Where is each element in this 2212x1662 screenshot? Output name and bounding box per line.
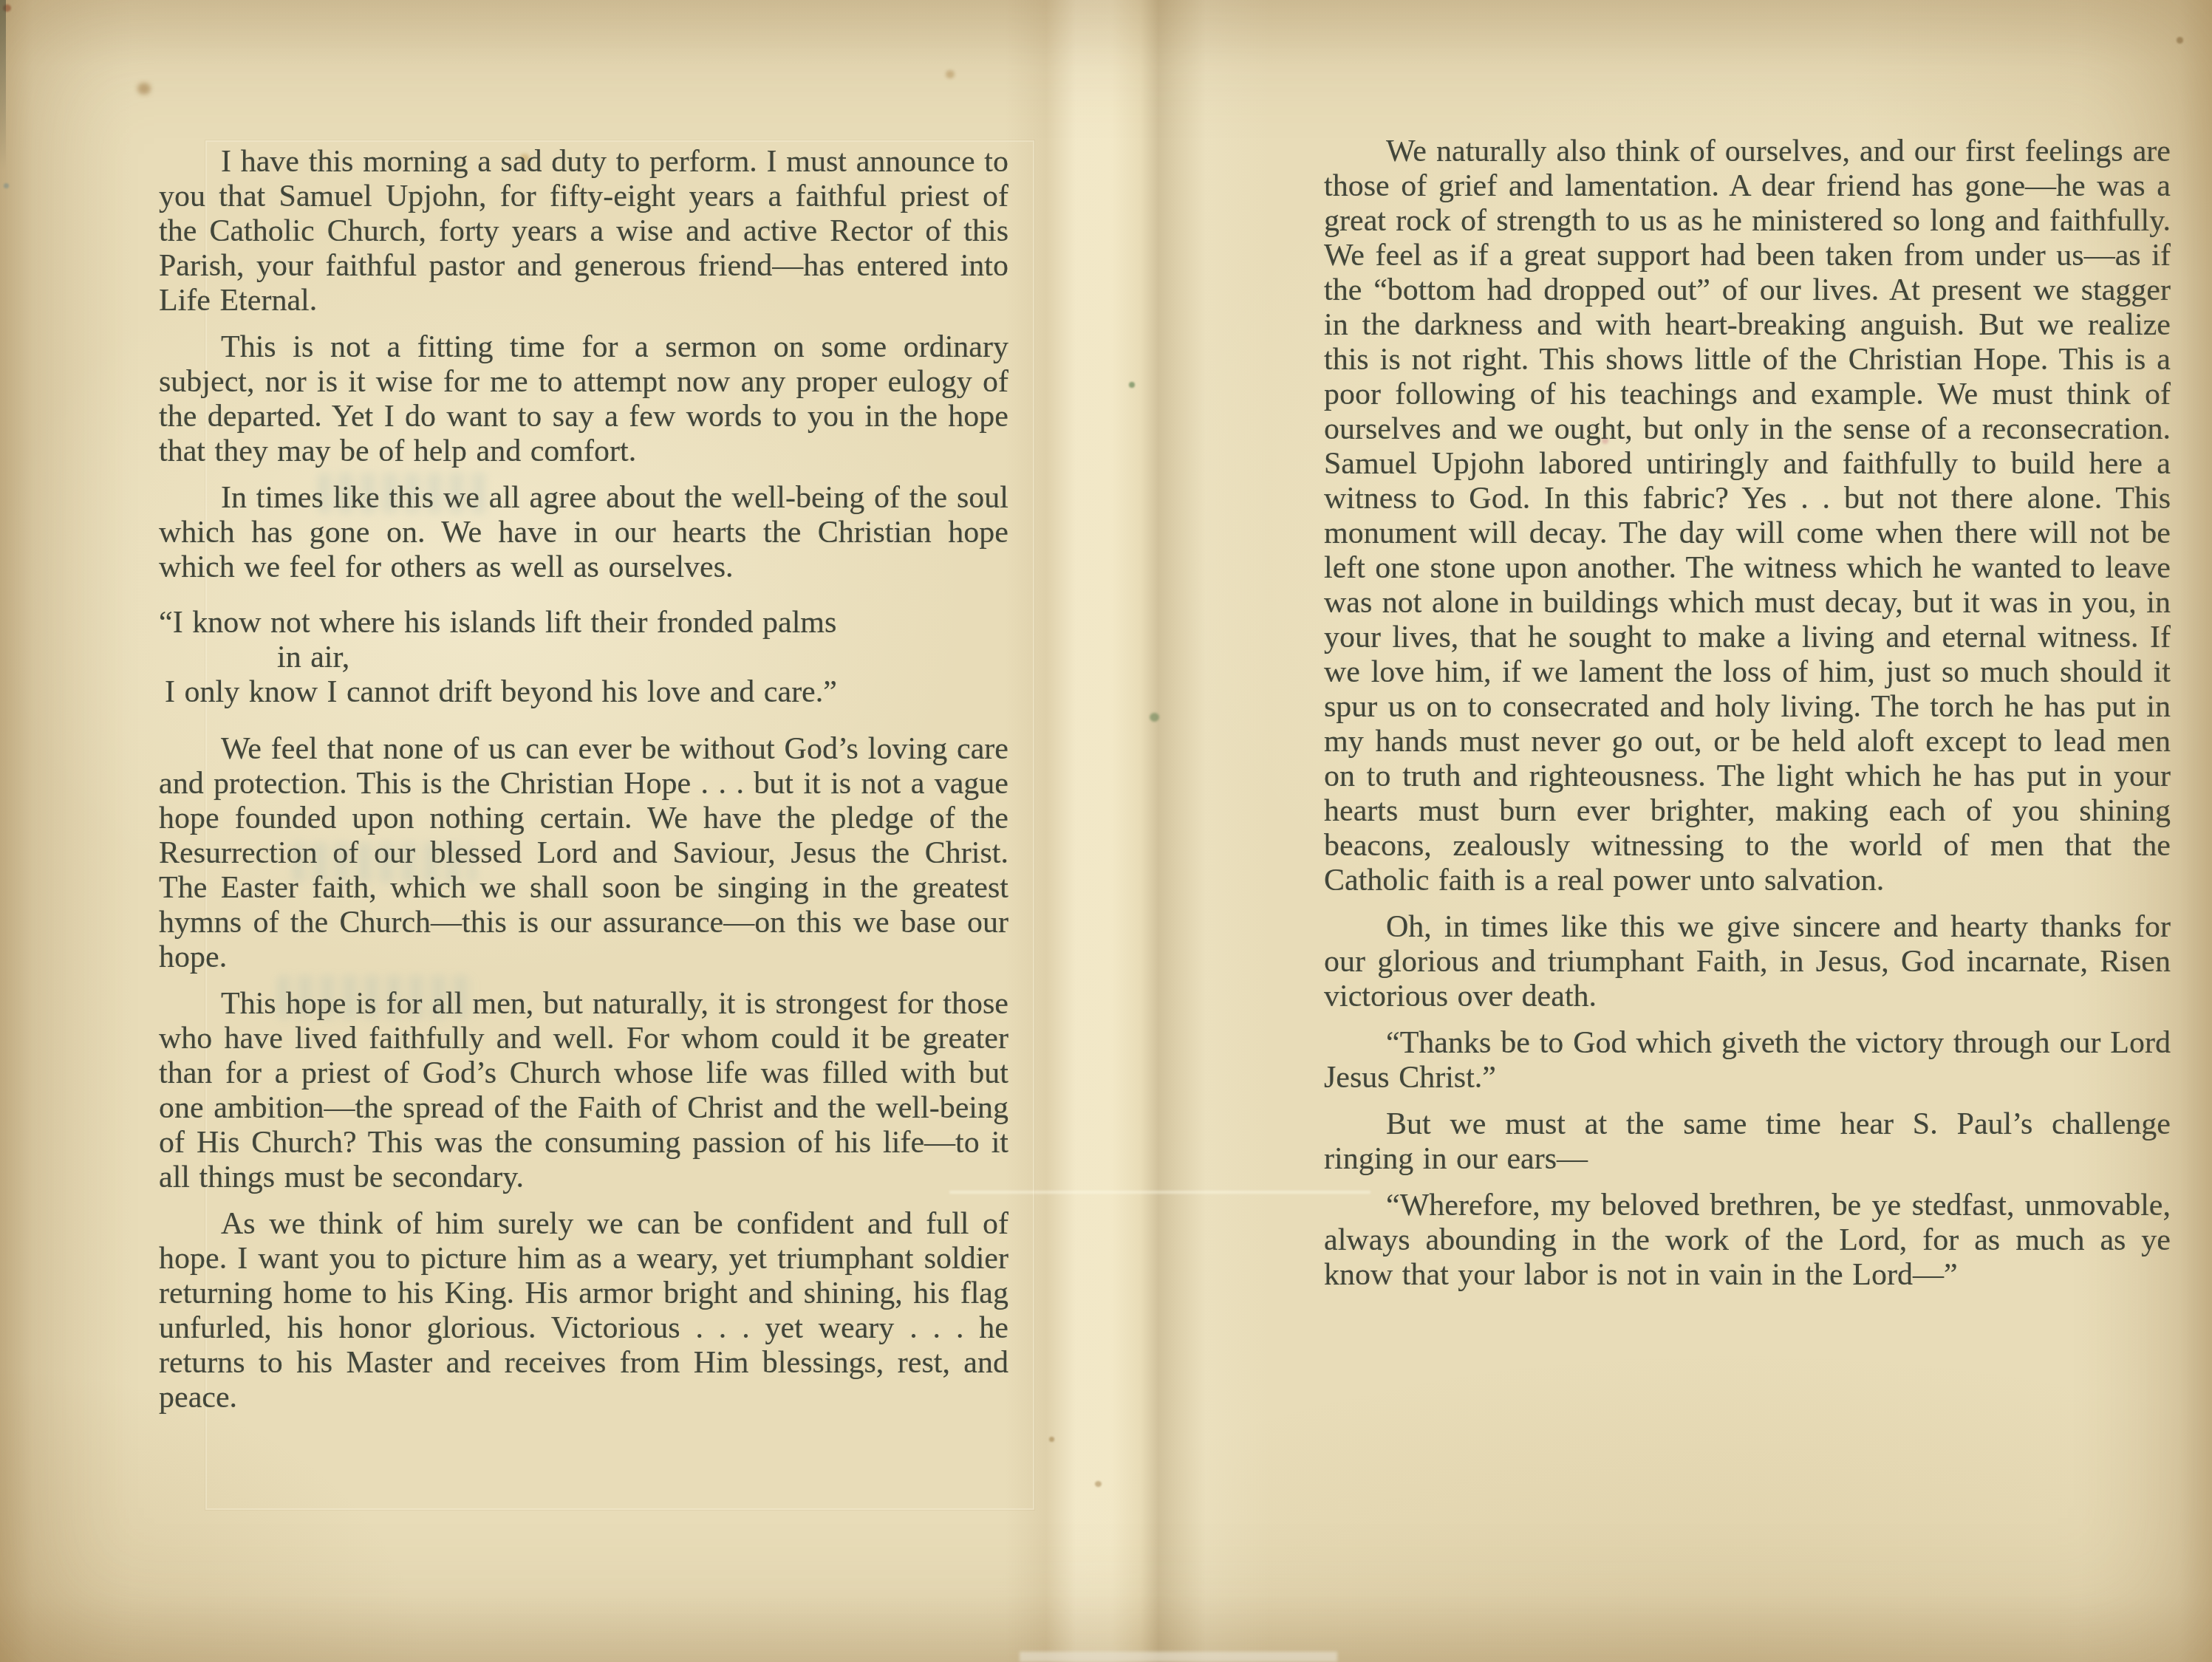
paragraph: We feel that none of us can ever be with… [159, 732, 1008, 975]
hymn-quote: “I know not where his islands lift their… [159, 606, 1008, 710]
hymn-quote-line: in air, [159, 640, 1008, 675]
scanned-booklet-spread: I have this morning a sad duty to perfor… [0, 0, 2212, 1662]
foxing-spot [1095, 1481, 1102, 1487]
hymn-quote-line: I only know I cannot drift beyond his lo… [159, 675, 1008, 710]
scripture-quote: “Thanks be to God which giveth the victo… [1324, 1026, 2171, 1095]
bottom-fold-highlight [1020, 1652, 1337, 1662]
foxing-spot [137, 83, 151, 95]
ink-speck [1129, 382, 1135, 388]
foxing-spot [1049, 1437, 1054, 1442]
ink-speck [1150, 713, 1159, 722]
scripture-quote: “Wherefore, my beloved brethren, be ye s… [1324, 1189, 2171, 1293]
paragraph: I have this morning a sad duty to perfor… [159, 145, 1008, 318]
paragraph: This hope is for all men, but naturally,… [159, 987, 1008, 1195]
scan-edge-mark [4, 183, 9, 188]
horizontal-crease [949, 1191, 1370, 1194]
hymn-quote-line: “I know not where his islands lift their… [159, 606, 1008, 640]
paragraph: As we think of him surely we can be conf… [159, 1207, 1008, 1415]
paragraph: In times like this we all agree about th… [159, 481, 1008, 585]
scan-edge-shadow [0, 0, 6, 170]
paragraph: We naturally also think of ourselves, an… [1324, 134, 2171, 898]
paragraph: Oh, in times like this we give sincere a… [1324, 910, 2171, 1014]
center-fold-gutter [1005, 0, 1300, 1662]
paragraph: This is not a fitting time for a sermon … [159, 330, 1008, 469]
paragraph: But we must at the same time hear S. Pau… [1324, 1107, 2171, 1177]
foxing-spot [946, 70, 955, 78]
right-page: We naturally also think of ourselves, an… [1324, 134, 2171, 1304]
left-page: I have this morning a sad duty to perfor… [159, 145, 1008, 1427]
scan-edge-mark [3, 4, 11, 12]
foxing-spot [2177, 37, 2183, 44]
